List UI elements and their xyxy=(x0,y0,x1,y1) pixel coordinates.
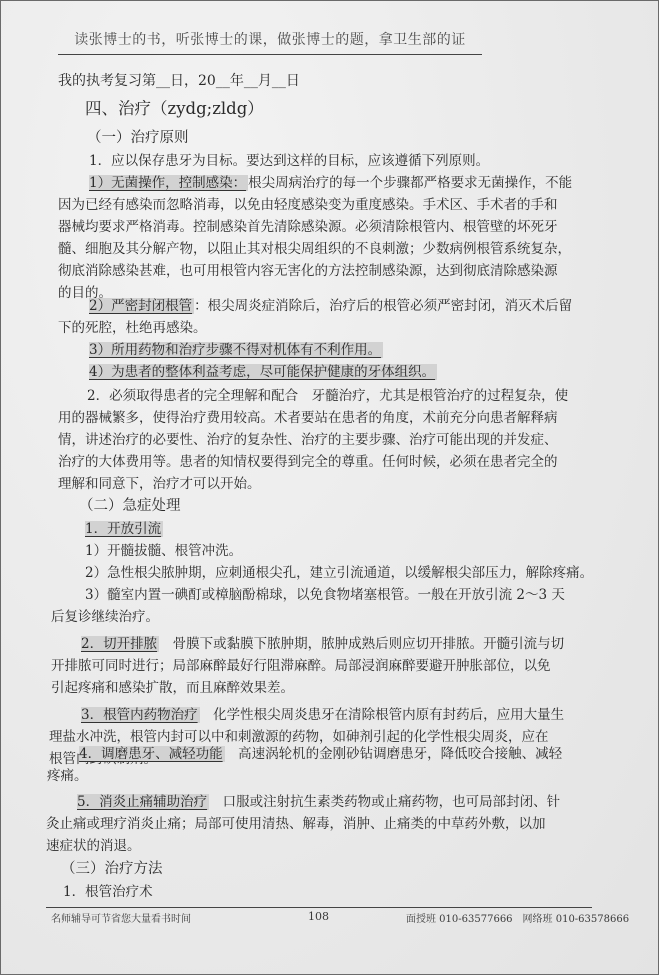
principle-item-1: 1）无菌操作，控制感染：根尖周病治疗的每一个步骤都严格要求无菌操作，不能 xyxy=(89,172,572,194)
emergency-item-4: 4．调磨患牙、减轻功能 高速涡轮机的金刚砂钻调磨患牙，降低咬合接触、减轻 xyxy=(79,743,562,765)
highlighted-text: 4）为患者的整体利益考虑，尽可能保护健康的牙体组织。 xyxy=(89,364,437,380)
emergency-item-5: 5．消炎止痛辅助治疗 口服或注射抗生素类药物或止痛药物，也可局部封闭、针 xyxy=(77,791,560,813)
highlighted-text: 3）所用药物和治疗步骤不得对机体有不利作用。 xyxy=(89,342,383,358)
highlighted-label: 1）无菌操作，控制感染： xyxy=(89,175,248,191)
highlighted-label: 2）严密封闭根管 xyxy=(89,298,194,314)
text-line: 2．必须取得患者的完全理解和配合 牙髓治疗，尤其是根管治疗的过程复杂，使 xyxy=(87,385,568,407)
text-line: 彻底消除感染甚难，也可用根管内容无害化的方法控制感染源，达到彻底清除感染源 xyxy=(58,260,558,282)
highlighted-label: 3．根管内药物治疗 xyxy=(81,707,200,723)
highlighted-label: 4．调磨患牙、减轻功能 xyxy=(79,746,225,762)
subsection-title-principles: （一）治疗原则 xyxy=(87,127,189,149)
text-line: 下的死腔，杜绝再感染。 xyxy=(58,317,207,339)
text-line: 1）开髓拔髓、根管冲洗。 xyxy=(85,540,242,562)
text-line: 理解和同意下，治疗才可以开始。 xyxy=(58,473,261,495)
text-line: 髓、细胞及其分解产物，以阻止其对根尖周组织的不良刺激；少数病例根管系统复杂， xyxy=(58,238,571,260)
page-number: 108 xyxy=(308,910,329,923)
text: 高速涡轮机的金刚砂钻调磨患牙，降低咬合接触、减轻 xyxy=(225,746,563,762)
text: 骨膜下或黏膜下脓肿期，脓肿成熟后则应切开排脓。开髓引流与切 xyxy=(159,636,564,652)
emergency-item-2: 2．切开排脓 骨膜下或黏膜下脓肿期，脓肿成熟后则应切开排脓。开髓引流与切 xyxy=(81,633,564,655)
emergency-item-3: 3．根管内药物治疗 化学性根尖周炎患牙在清除根管内原有封药后，应用大量生 xyxy=(81,704,564,726)
text-line: 器械均要求严格消毒。控制感染首先清除感染源。必须清除根管内、根管壁的坏死牙 xyxy=(58,216,558,238)
text-line: 速症状的消退。 xyxy=(46,835,141,857)
text-line: 引起疼痛和感染扩散，而且麻醉效果差。 xyxy=(51,677,294,699)
text-line: 用的器械繁多，使得治疗费用较高。术者要站在患者的角度，术前充分向患者解释病 xyxy=(58,407,558,429)
text: 化学性根尖周炎患牙在清除根管内原有封药后，应用大量生 xyxy=(200,707,565,723)
text-line: 开排脓可同时进行；局部麻醉最好行阻滞麻醉。局部浸润麻醉要避开肿胀部位，以免 xyxy=(51,655,551,677)
text-line: 情，讲述治疗的必要性、治疗的复杂性、治疗的主要步骤、治疗可能出现的并发症、 xyxy=(58,429,558,451)
text-line: 因为已经有感染而忽略消毒，以免由轻度感染变为重度感染。手术区、手术者的手和 xyxy=(58,194,558,216)
subsection-title-emergency: （二）急症处理 xyxy=(79,495,181,517)
page-header: 读张博士的书，听张博士的课，做张博士的题，拿卫生部的证 xyxy=(58,29,482,49)
text: 根尖周病治疗的每一个步骤都严格要求无菌操作，不能 xyxy=(248,175,572,191)
highlighted-label: 5．消炎止痛辅助治疗 xyxy=(77,794,209,810)
highlighted-label: 2．切开排脓 xyxy=(81,636,159,652)
text-line: 治疗的大体费用等。患者的知情权要得到完全的尊重。任何时候，必须在患者完全的 xyxy=(58,451,558,473)
principle-item-4: 4）为患者的整体利益考虑，尽可能保护健康的牙体组织。 xyxy=(89,361,437,383)
subsection-title-methods: （三）治疗方法 xyxy=(61,858,163,880)
principle-item-3: 3）所用药物和治疗步骤不得对机体有不利作用。 xyxy=(89,339,383,361)
header-rule xyxy=(58,54,482,55)
footer-rule xyxy=(46,907,592,908)
scanned-page: 读张博士的书，听张博士的课，做张博士的题，拿卫生部的证 我的执考复习第__日，2… xyxy=(0,0,659,975)
study-log: 我的执考复习第__日，20__年__月__日 xyxy=(58,70,300,92)
text-line: 2）急性根尖脓肿期，应刺通根尖孔，建立引流通道，以缓解根尖部压力，解除疼痛。 xyxy=(85,562,593,584)
text: ：根尖周炎症消除后，治疗后的根管必须严密封闭，消灭术后留 xyxy=(194,298,572,314)
emergency-item-1: 1．开放引流 xyxy=(85,518,163,540)
paragraph: 1．应以保存患牙为目标。要达到这样的目标，应该遵循下列原则。 xyxy=(89,150,489,172)
section-title: 四、治疗（zydg;zldg） xyxy=(85,98,264,120)
text-line: 疼痛。 xyxy=(47,765,88,787)
principle-item-2: 2）严密封闭根管：根尖周炎症消除后，治疗后的根管必须严密封闭，消灭术后留 xyxy=(89,295,572,317)
text-line: 灸止痛或理疗消炎止痛；局部可使用清热、解毒，消肿、止痛类的中草药外敷，以加 xyxy=(46,813,546,835)
footer-contact: 面授班 010-63577666 网络班 010-63578666 xyxy=(406,910,629,925)
method-item-1: 1．根管治疗术 xyxy=(63,881,153,903)
text: 口服或注射抗生素类药物或止痛药物，也可局部封闭、针 xyxy=(209,794,560,810)
text-line: 3）髓室内置一碘酊或樟脑酚棉球，以免食物堵塞根管。一般在开放引流 2～3 天 xyxy=(85,584,565,606)
highlighted-label: 1．开放引流 xyxy=(85,521,163,537)
footer-slogan: 名师辅导可节省您大量看书时间 xyxy=(51,910,191,925)
text-line: 后复诊继续治疗。 xyxy=(51,606,159,628)
